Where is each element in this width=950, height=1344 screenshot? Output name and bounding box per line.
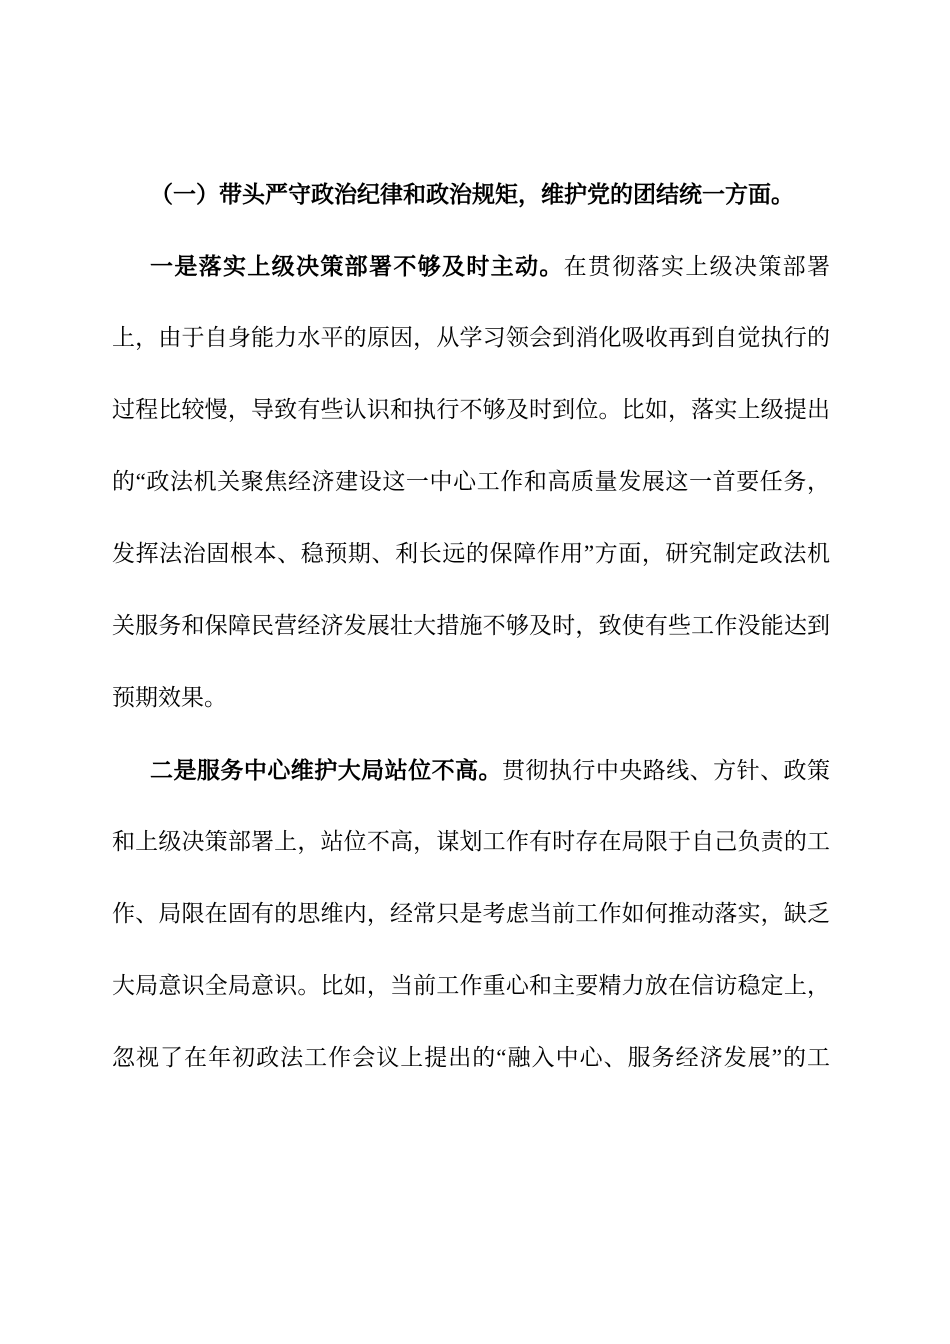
bold-text-run: （一）带头严守政治纪律和政治规矩，维护党的团结统一方面。 — [150, 181, 794, 207]
bold-text-run: 二是服务中心维护大局站位不高。 — [150, 757, 502, 783]
text-line: 预期效果。 — [112, 662, 830, 734]
document-page: （一）带头严守政治纪律和政治规矩，维护党的团结统一方面。一是落实上级决策部署不够… — [0, 0, 950, 1344]
text-run: 过程比较慢，导致有些认识和执行不够及时到位。比如，落实上级提出 — [112, 397, 830, 422]
text-line: （一）带头严守政治纪律和政治规矩，维护党的团结统一方面。 — [112, 158, 830, 230]
text-line: 一是落实上级决策部署不够及时主动。在贯彻落实上级决策部署 — [112, 230, 830, 302]
text-run: 关服务和保障民营经济发展壮大措施不够及时，致使有些工作没能达到 — [112, 613, 830, 638]
text-line: 二是服务中心维护大局站位不高。贯彻执行中央路线、方针、政策 — [112, 734, 830, 806]
text-run: 忽视了在年初政法工作会议上提出的“融入中心、服务经济发展”的工 — [112, 1045, 830, 1070]
text-line: 上，由于自身能力水平的原因，从学习领会到消化吸收再到自觉执行的 — [112, 302, 830, 374]
text-line: 作、局限在固有的思维内，经常只是考虑当前工作如何推动落实，缺乏 — [112, 878, 830, 950]
text-run: 上，由于自身能力水平的原因，从学习领会到消化吸收再到自觉执行的 — [112, 325, 830, 350]
text-run: 作、局限在固有的思维内，经常只是考虑当前工作如何推动落实，缺乏 — [112, 901, 830, 926]
text-run: 预期效果。 — [112, 685, 227, 710]
text-run: 发挥法治固根本、稳预期、利长远的保障作用”方面，研究制定政法机 — [112, 541, 830, 566]
text-line: 发挥法治固根本、稳预期、利长远的保障作用”方面，研究制定政法机 — [112, 518, 830, 590]
document-content: （一）带头严守政治纪律和政治规矩，维护党的团结统一方面。一是落实上级决策部署不够… — [112, 158, 830, 1094]
body-paragraph-2: 二是服务中心维护大局站位不高。贯彻执行中央路线、方针、政策和上级决策部署上，站位… — [112, 734, 830, 1094]
text-line: 的“政法机关聚焦经济建设这一中心工作和高质量发展这一首要任务， — [112, 446, 830, 518]
text-line: 过程比较慢，导致有些认识和执行不够及时到位。比如，落实上级提出 — [112, 374, 830, 446]
section-heading: （一）带头严守政治纪律和政治规矩，维护党的团结统一方面。 — [112, 158, 830, 230]
text-run: 在贯彻落实上级决策部署 — [564, 254, 830, 279]
text-line: 大局意识全局意识。比如，当前工作重心和主要精力放在信访稳定上， — [112, 950, 830, 1022]
text-run: 贯彻执行中央路线、方针、政策 — [502, 758, 830, 783]
text-line: 忽视了在年初政法工作会议上提出的“融入中心、服务经济发展”的工 — [112, 1022, 830, 1094]
text-line: 和上级决策部署上，站位不高，谋划工作有时存在局限于自己负责的工 — [112, 806, 830, 878]
text-run: 和上级决策部署上，站位不高，谋划工作有时存在局限于自己负责的工 — [112, 829, 830, 854]
text-run: 大局意识全局意识。比如，当前工作重心和主要精力放在信访稳定上， — [112, 973, 830, 998]
text-line: 关服务和保障民营经济发展壮大措施不够及时，致使有些工作没能达到 — [112, 590, 830, 662]
bold-text-run: 一是落实上级决策部署不够及时主动。 — [150, 253, 564, 279]
text-run: 的“政法机关聚焦经济建设这一中心工作和高质量发展这一首要任务， — [112, 469, 830, 494]
body-paragraph-1: 一是落实上级决策部署不够及时主动。在贯彻落实上级决策部署上，由于自身能力水平的原… — [112, 230, 830, 734]
